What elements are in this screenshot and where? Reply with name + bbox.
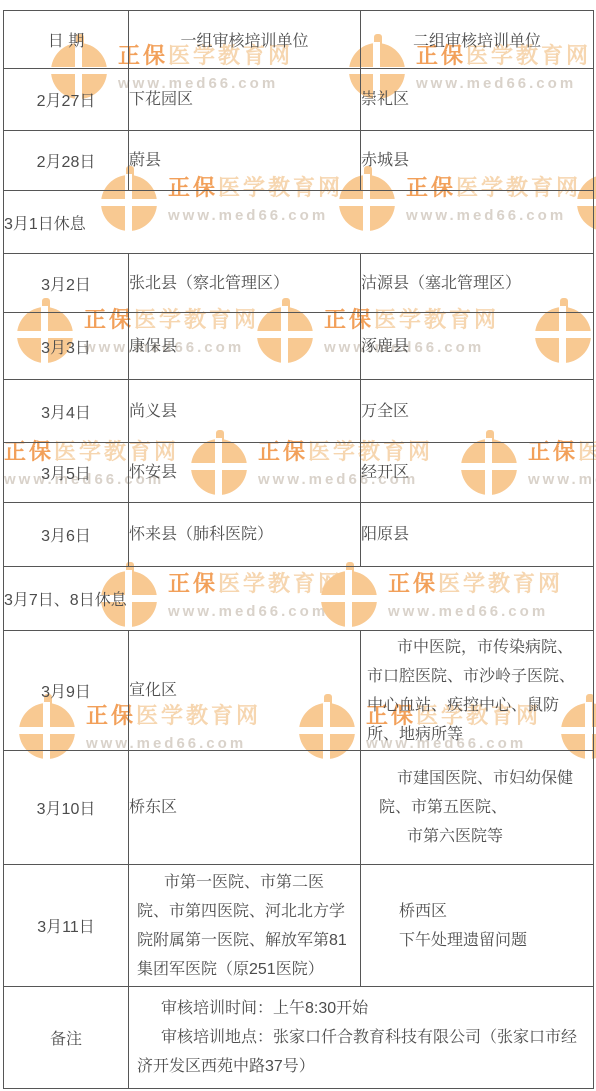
cell-line: 审核培训地点：张家口仟合教育科技有限公司（张家口市经: [137, 1023, 593, 1052]
cell-line: 张北县（察北管理区）: [129, 269, 360, 298]
cell-line: 市中医院，市传染病院、: [367, 633, 593, 662]
date-cell: 3月11日: [4, 865, 129, 987]
cell-line: 市第六医院等: [367, 822, 593, 851]
table-row: 3月11日市第一医院、市第二医院、市第四医院、河北北方学院附属第一医院、解放军第…: [4, 865, 594, 987]
date-cell: 3月10日: [4, 751, 129, 865]
cell-line: 桥东区: [129, 793, 360, 822]
group2-cell: 万全区: [361, 380, 594, 443]
date-cell: 2月27日: [4, 69, 129, 131]
group2-cell: 崇礼区: [361, 69, 594, 131]
group1-cell: 怀来县（肺科医院）: [129, 503, 361, 567]
table-row: 3月1日休息: [4, 191, 594, 254]
cell-line: 市建国医院、市妇幼保健: [367, 764, 593, 793]
note-label-cell: 备注: [4, 987, 129, 1089]
cell-line: 宣化区: [129, 676, 360, 705]
cell-line: 院附属第一医院、解放军第81: [137, 926, 360, 955]
group2-cell: 桥西区下午处理遗留问题: [361, 865, 594, 987]
cell-line: 市口腔医院、市沙岭子医院、: [367, 662, 593, 691]
schedule-table: 日 期 一组审核培训单位 二组审核培训单位 2月27日下花园区崇礼区2月28日蔚…: [3, 10, 594, 1089]
date-cell: 3月2日: [4, 254, 129, 313]
group1-cell: 宣化区: [129, 631, 361, 751]
group2-cell: 赤城县: [361, 131, 594, 191]
cell-line: 所、地病所等: [367, 720, 593, 749]
cell-line: 蔚县: [129, 146, 360, 175]
cell-line: 赤城县: [361, 146, 593, 175]
table-row: 2月28日蔚县赤城县: [4, 131, 594, 191]
table-header-row: 日 期 一组审核培训单位 二组审核培训单位: [4, 11, 594, 69]
cell-line: 涿鹿县: [361, 332, 593, 361]
group2-cell: 涿鹿县: [361, 313, 594, 380]
cell-line: 市第一医院、市第二医: [137, 868, 360, 897]
date-cell: 3月6日: [4, 503, 129, 567]
group2-cell: 市建国医院、市妇幼保健院、市第五医院、市第六医院等: [361, 751, 594, 865]
note-content-cell: 审核培训时间：上午8:30开始审核培训地点：张家口仟合教育科技有限公司（张家口市…: [129, 987, 594, 1089]
cell-line: 桥西区: [399, 897, 593, 926]
cell-line: 万全区: [361, 397, 593, 426]
group2-cell: 市中医院，市传染病院、市口腔医院、市沙岭子医院、中心血站、疾控中心、鼠防所、地病…: [361, 631, 594, 751]
cell-line: 阳原县: [361, 520, 593, 549]
table-body: 2月27日下花园区崇礼区2月28日蔚县赤城县3月1日休息3月2日张北县（察北管理…: [4, 69, 594, 1089]
group1-cell: 桥东区: [129, 751, 361, 865]
table-row: 3月10日桥东区市建国医院、市妇幼保健院、市第五医院、市第六医院等: [4, 751, 594, 865]
group1-cell: 市第一医院、市第二医院、市第四医院、河北北方学院附属第一医院、解放军第81集团军…: [129, 865, 361, 987]
table-row: 3月3日康保县涿鹿县: [4, 313, 594, 380]
cell-line: 审核培训时间：上午8:30开始: [137, 994, 593, 1023]
cell-line: 康保县: [129, 332, 360, 361]
date-cell: 3月3日: [4, 313, 129, 380]
date-cell: 2月28日: [4, 131, 129, 191]
cell-line: 怀安县: [129, 458, 360, 487]
cell-line: 尚义县: [129, 397, 360, 426]
date-cell: 3月5日: [4, 443, 129, 503]
cell-line: 怀来县（肺科医院）: [129, 520, 360, 549]
group1-cell: 康保县: [129, 313, 361, 380]
group2-cell: 经开区: [361, 443, 594, 503]
table-row: 2月27日下花园区崇礼区: [4, 69, 594, 131]
rest-row-cell: 3月7日、8日休息: [4, 567, 594, 631]
group1-cell: 下花园区: [129, 69, 361, 131]
header-group2: 二组审核培训单位: [361, 11, 594, 69]
header-date: 日 期: [4, 11, 129, 69]
table-row: 3月5日怀安县经开区: [4, 443, 594, 503]
cell-line: 下午处理遗留问题: [399, 926, 593, 955]
cell-line: 院、市第四医院、河北北方学: [137, 897, 360, 926]
cell-line: 下花园区: [129, 85, 360, 114]
group1-cell: 怀安县: [129, 443, 361, 503]
header-group1: 一组审核培训单位: [129, 11, 361, 69]
cell-line: 院、市第五医院、: [367, 793, 593, 822]
table-row: 3月6日怀来县（肺科医院）阳原县: [4, 503, 594, 567]
table-row: 3月2日张北县（察北管理区）沽源县（塞北管理区）: [4, 254, 594, 313]
page: 正保医学教育网www.med66.com正保医学教育网www.med66.com…: [0, 0, 596, 1091]
table-row: 备注审核培训时间：上午8:30开始审核培训地点：张家口仟合教育科技有限公司（张家…: [4, 987, 594, 1089]
date-cell: 3月4日: [4, 380, 129, 443]
cell-line: 中心血站、疾控中心、鼠防: [367, 691, 593, 720]
table-row: 3月7日、8日休息: [4, 567, 594, 631]
cell-line: 崇礼区: [361, 85, 593, 114]
cell-line: 经开区: [361, 458, 593, 487]
cell-line: 集团军医院（原251医院）: [137, 955, 360, 984]
group1-cell: 尚义县: [129, 380, 361, 443]
group1-cell: 张北县（察北管理区）: [129, 254, 361, 313]
table-row: 3月4日尚义县万全区: [4, 380, 594, 443]
cell-line: 沽源县（塞北管理区）: [361, 269, 593, 298]
rest-row-cell: 3月1日休息: [4, 191, 594, 254]
group2-cell: 阳原县: [361, 503, 594, 567]
cell-line: 济开发区西苑中路37号）: [137, 1052, 593, 1081]
date-cell: 3月9日: [4, 631, 129, 751]
group2-cell: 沽源县（塞北管理区）: [361, 254, 594, 313]
group1-cell: 蔚县: [129, 131, 361, 191]
table-row: 3月9日宣化区市中医院，市传染病院、市口腔医院、市沙岭子医院、中心血站、疾控中心…: [4, 631, 594, 751]
